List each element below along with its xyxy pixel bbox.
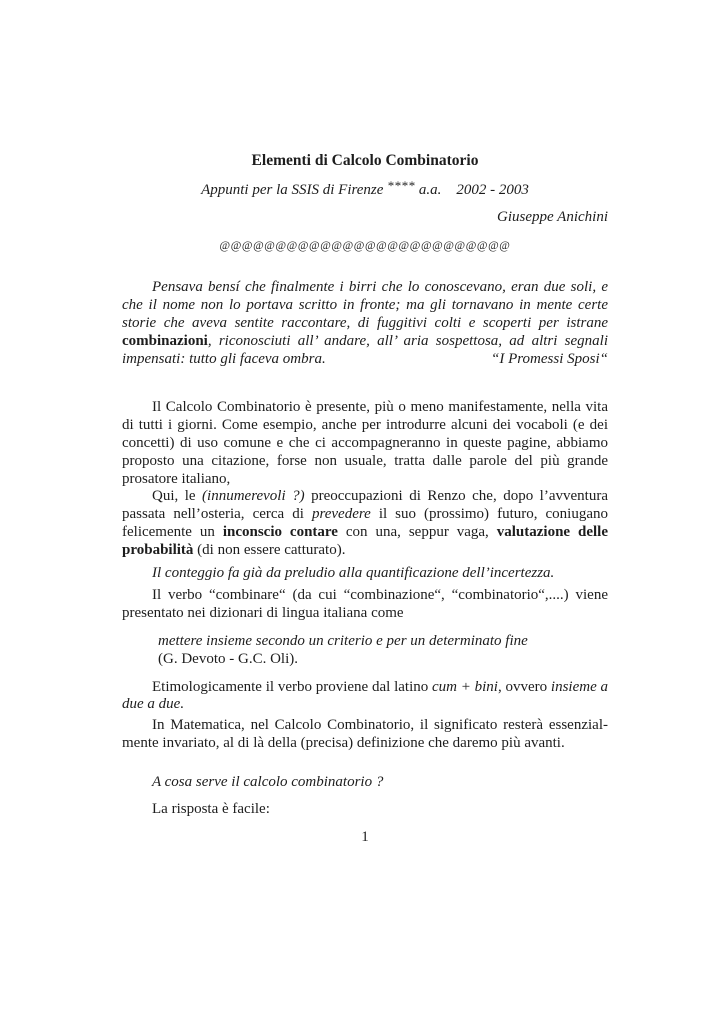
definition-block: mettere insieme secondo un criterio e pe…: [158, 633, 608, 669]
etimologia-italic-1: cum + bini: [432, 679, 498, 695]
etimologia-text-1: Etimologicamente il verbo proviene dal l…: [152, 679, 432, 695]
definition-source: (G. Devoto - G.C. Oli).: [158, 651, 608, 669]
etimologia-paragraph: Etimologicamente il verbo proviene dal l…: [122, 679, 608, 715]
answer-paragraph: La risposta è facile:: [122, 801, 608, 819]
document-title: Elementi di Calcolo Combinatorio: [122, 152, 608, 170]
quote-text-before: Pensava bensí che finalmente i birri che…: [122, 279, 608, 331]
document-subtitle: Appunti per la SSIS di Firenze **** a.a.…: [122, 181, 608, 200]
renzo-paragraph: Qui, le (innumerevoli ?) preoccupazioni …: [122, 488, 608, 559]
author-name: Giuseppe Anichini: [122, 209, 608, 227]
subtitle-text: Appunti per la SSIS di Firenze: [201, 182, 387, 198]
renzo-italic-1: (innumerevoli ?): [202, 488, 305, 504]
matematica-paragraph: In Matematica, nel Calcolo Combinatorio,…: [122, 717, 608, 753]
subtitle-aa: a.a.: [415, 182, 441, 198]
etimologia-text-2: , ovvero: [498, 679, 551, 695]
definition-text: mettere insieme secondo un criterio e pe…: [158, 633, 608, 651]
document-body: Elementi di Calcolo Combinatorio Appunti…: [122, 152, 608, 847]
renzo-text-4: con una, seppur vaga,: [338, 524, 497, 540]
verbo-paragraph: Il verbo “combinare“ (da cui “combinazio…: [122, 587, 608, 623]
subtitle-year: 2002 - 2003: [456, 182, 529, 198]
quote-paragraph: Pensava bensí che finalmente i birri che…: [122, 279, 608, 368]
intro-paragraph: Il Calcolo Combinatorio è presente, più …: [122, 399, 608, 488]
renzo-text-5: (di non essere catturato).: [193, 542, 345, 558]
document-page: Elementi di Calcolo Combinatorio Appunti…: [0, 0, 724, 1024]
conteggio-paragraph: Il conteggio fa già da preludio alla qua…: [122, 565, 608, 583]
quote-attribution: “I Promessi Sposi“: [461, 351, 608, 369]
at-separator: @@@@@@@@@@@@@@@@@@@@@@@@@@: [122, 239, 608, 253]
quote-bold-word: combinazioni: [122, 333, 208, 349]
renzo-bold-1: inconscio contare: [223, 524, 338, 540]
page-number: 1: [122, 829, 608, 847]
renzo-text-1: Qui, le: [152, 488, 202, 504]
question-paragraph: A cosa serve il calcolo combinatorio ?: [122, 774, 608, 792]
subtitle-asterisks: ****: [387, 178, 415, 193]
renzo-italic-2: prevedere: [312, 506, 371, 522]
